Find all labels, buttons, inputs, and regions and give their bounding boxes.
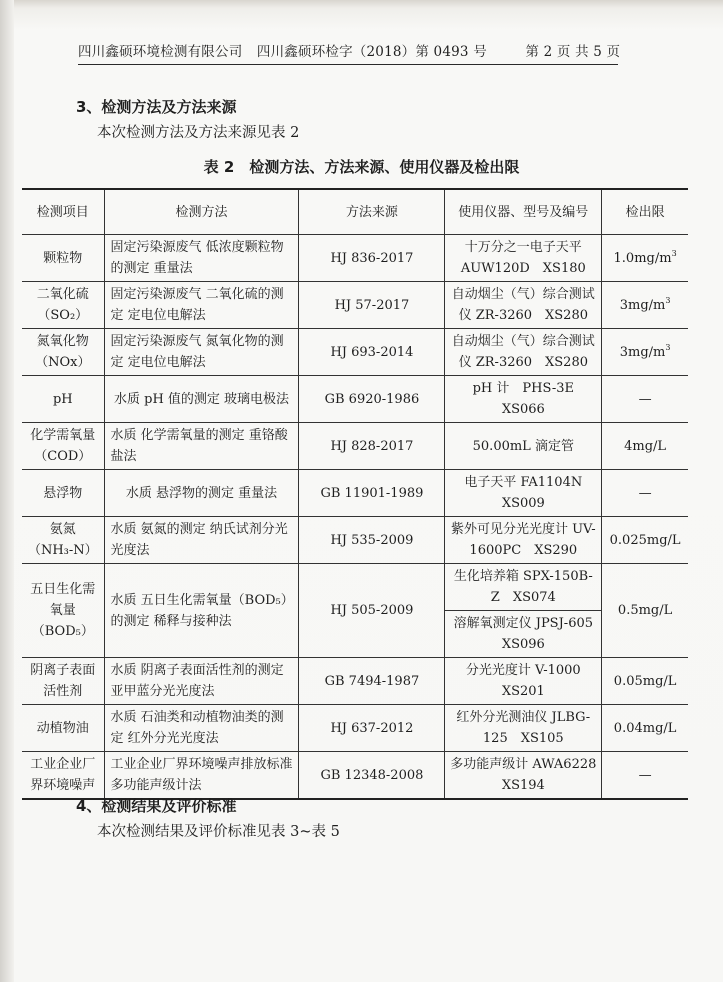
cell-instrument: 红外分光测油仪 JLBG-125 XS105 [445,705,602,752]
cell-source: GB 11901-1989 [299,470,445,517]
document-page: 四川鑫硕环境检测有限公司 四川鑫硕环检字（2018）第 0493 号 第 2 页… [0,0,723,982]
limit-superscript: 3 [665,343,670,352]
col-header-limit: 检出限 [602,189,688,235]
cell-method: 水质 五日生化需氧量（BOD₅）的测定 稀释与接种法 [104,564,299,658]
method-text: 水质 五日生化需氧量（BOD₅）的测定 稀释与接种法 [111,590,293,632]
cell-item: 动植物油 [22,705,104,752]
cell-limit: 0.025mg/L [602,517,688,564]
cell-item: 阴离子表面活性剂 [22,658,104,705]
cell-method: 水质 氨氮的测定 纳氏试剂分光光度法 [104,517,299,564]
cell-source: HJ 828-2017 [299,423,445,470]
item-name-cont: 活性剂 [26,681,100,702]
header-company: 四川鑫硕环境检测有限公司 [78,40,242,60]
cell-source: HJ 836-2017 [299,235,445,282]
limit-value: 1.0mg/m [614,251,672,266]
cell-item: 二氧化硫（SO₂） [22,282,104,329]
cell-limit: 4mg/L [602,423,688,470]
cell-item: 颗粒物 [22,235,104,282]
method-text: 水质 化学需氧量的测定 重铬酸盐法 [111,425,293,467]
col-header-method: 检测方法 [104,189,299,235]
cell-source: HJ 693-2014 [299,329,445,376]
cell-instrument: pH 计 PHS-3E XS066 [445,376,602,423]
cell-item: 化学需氧量（COD） [22,423,104,470]
section-3-title: 3、检测方法及方法来源 [76,96,236,117]
cell-instrument: 多功能声级计 AWA6228 XS194 [445,752,602,800]
item-name: 工业企业厂 [26,754,100,775]
table-row: 悬浮物 水质 悬浮物的测定 重量法 GB 11901-1989 电子天平 FA1… [22,470,688,517]
limit-superscript: 3 [672,249,677,258]
method-text: 固定污染源废气 二氧化硫的测定 定电位电解法 [111,284,293,326]
item-formula: 氧量（BOD₅） [26,600,100,642]
item-formula: （NOx） [26,352,100,373]
cell-instrument: 电子天平 FA1104N XS009 [445,470,602,517]
cell-item: 悬浮物 [22,470,104,517]
section-3-text: 本次检测方法及方法来源见表 2 [97,121,299,142]
method-text: 固定污染源废气 氮氧化物的测定 定电位电解法 [111,331,293,373]
cell-limit: 0.5mg/L [602,564,688,658]
table-row: 工业企业厂界环境噪声 工业企业厂界环境噪声排放标准 多功能声级计法 GB 123… [22,752,688,800]
item-name: 二氧化硫 [26,284,100,305]
cell-source: HJ 57-2017 [299,282,445,329]
cell-limit: 3mg/m3 [602,329,688,376]
cell-item: pH [22,376,104,423]
cell-source: HJ 535-2009 [299,517,445,564]
cell-source: HJ 505-2009 [299,564,445,658]
col-header-source: 方法来源 [299,189,445,235]
cell-method: 固定污染源废气 低浓度颗粒物的测定 重量法 [104,235,299,282]
header-doc-number: 四川鑫硕环检字（2018）第 0493 号 [257,40,487,60]
table-row: 五日生化需氧量（BOD₅） 水质 五日生化需氧量（BOD₅）的测定 稀释与接种法… [22,564,688,611]
table-row: 颗粒物 固定污染源废气 低浓度颗粒物的测定 重量法 HJ 836-2017 十万… [22,235,688,282]
method-text: 工业企业厂界环境噪声排放标准 多功能声级计法 [111,754,293,796]
table-row: pH 水质 pH 值的测定 玻璃电极法 GB 6920-1986 pH 计 PH… [22,376,688,423]
cell-method: 水质 石油类和动植物油类的测定 红外分光光度法 [104,705,299,752]
cell-instrument: 生化培养箱 SPX-150B-Z XS074 [445,564,602,611]
table-row: 氮氧化物（NOx） 固定污染源废气 氮氧化物的测定 定电位电解法 HJ 693-… [22,329,688,376]
item-name: 氮氧化物 [26,331,100,352]
cell-instrument: 自动烟尘（气）综合测试仪 ZR-3260 XS280 [445,329,602,376]
item-name: 化学需氧量 [26,425,100,446]
method-text: 水质 阴离子表面活性剂的测定 亚甲蓝分光光度法 [111,660,293,702]
cell-method: 水质 pH 值的测定 玻璃电极法 [104,376,299,423]
methods-table: 检测项目 检测方法 方法来源 使用仪器、型号及编号 检出限 颗粒物 固定污染源废… [22,188,688,800]
cell-source: GB 6920-1986 [299,376,445,423]
cell-instrument: 十万分之一电子天平 AUW120D XS180 [445,235,602,282]
cell-instrument: 溶解氧测定仪 JPSJ-605 XS096 [445,611,602,658]
cell-limit: — [602,376,688,423]
cell-instrument: 分光光度计 V-1000 XS201 [445,658,602,705]
method-text: 水质 pH 值的测定 玻璃电极法 [114,389,289,410]
cell-limit: — [602,752,688,800]
section-4-text: 本次检测结果及评价标准见表 3~表 5 [97,820,340,841]
cell-instrument: 紫外可见分光光度计 UV-1600PC XS290 [445,517,602,564]
method-text: 水质 石油类和动植物油类的测定 红外分光光度法 [111,707,293,749]
table-2-caption: 表 2 检测方法、方法来源、使用仪器及检出限 [0,156,723,177]
cell-method: 固定污染源废气 氮氧化物的测定 定电位电解法 [104,329,299,376]
cell-method: 水质 化学需氧量的测定 重铬酸盐法 [104,423,299,470]
method-text: 固定污染源废气 低浓度颗粒物的测定 重量法 [111,237,293,279]
cell-instrument: 50.00mL 滴定管 [445,423,602,470]
item-formula: （NH₃-N） [26,540,100,561]
table-row: 阴离子表面活性剂 水质 阴离子表面活性剂的测定 亚甲蓝分光光度法 GB 7494… [22,658,688,705]
cell-source: HJ 637-2012 [299,705,445,752]
table-row: 化学需氧量（COD） 水质 化学需氧量的测定 重铬酸盐法 HJ 828-2017… [22,423,688,470]
cell-limit: 3mg/m3 [602,282,688,329]
table-row: 二氧化硫（SO₂） 固定污染源废气 二氧化硫的测定 定电位电解法 HJ 57-2… [22,282,688,329]
method-text: 水质 氨氮的测定 纳氏试剂分光光度法 [111,519,293,561]
item-name: 颗粒物 [43,251,82,266]
col-header-instrument: 使用仪器、型号及编号 [445,189,602,235]
cell-item: 氨氮（NH₃-N） [22,517,104,564]
cell-item: 工业企业厂界环境噪声 [22,752,104,800]
limit-superscript: 3 [665,296,670,305]
limit-value: 3mg/m [620,345,666,360]
item-name: 氨氮 [26,519,100,540]
item-name-cont: 界环境噪声 [26,775,100,796]
cell-item: 氮氧化物（NOx） [22,329,104,376]
cell-limit: 0.05mg/L [602,658,688,705]
cell-source: GB 12348-2008 [299,752,445,800]
section-4-title: 4、检测结果及评价标准 [76,795,236,816]
cell-item: 五日生化需氧量（BOD₅） [22,564,104,658]
item-formula: （SO₂） [26,305,100,326]
item-name: 五日生化需 [26,579,100,600]
method-text: 水质 悬浮物的测定 重量法 [126,483,277,504]
col-header-item: 检测项目 [22,189,104,235]
item-name: 阴离子表面 [26,660,100,681]
table-header-row: 检测项目 检测方法 方法来源 使用仪器、型号及编号 检出限 [22,189,688,235]
cell-limit: — [602,470,688,517]
cell-instrument: 自动烟尘（气）综合测试仪 ZR-3260 XS280 [445,282,602,329]
cell-method: 工业企业厂界环境噪声排放标准 多功能声级计法 [104,752,299,800]
cell-method: 固定污染源废气 二氧化硫的测定 定电位电解法 [104,282,299,329]
table-row: 氨氮（NH₃-N） 水质 氨氮的测定 纳氏试剂分光光度法 HJ 535-2009… [22,517,688,564]
cell-limit: 1.0mg/m3 [602,235,688,282]
cell-method: 水质 阴离子表面活性剂的测定 亚甲蓝分光光度法 [104,658,299,705]
table-row: 动植物油 水质 石油类和动植物油类的测定 红外分光光度法 HJ 637-2012… [22,705,688,752]
page-header: 四川鑫硕环境检测有限公司 四川鑫硕环检字（2018）第 0493 号 第 2 页… [78,40,618,65]
limit-value: 3mg/m [620,298,666,313]
cell-limit: 0.04mg/L [602,705,688,752]
cell-method: 水质 悬浮物的测定 重量法 [104,470,299,517]
cell-source: GB 7494-1987 [299,658,445,705]
item-formula: （COD） [26,446,100,467]
header-page-info: 第 2 页 共 5 页 [525,40,620,60]
